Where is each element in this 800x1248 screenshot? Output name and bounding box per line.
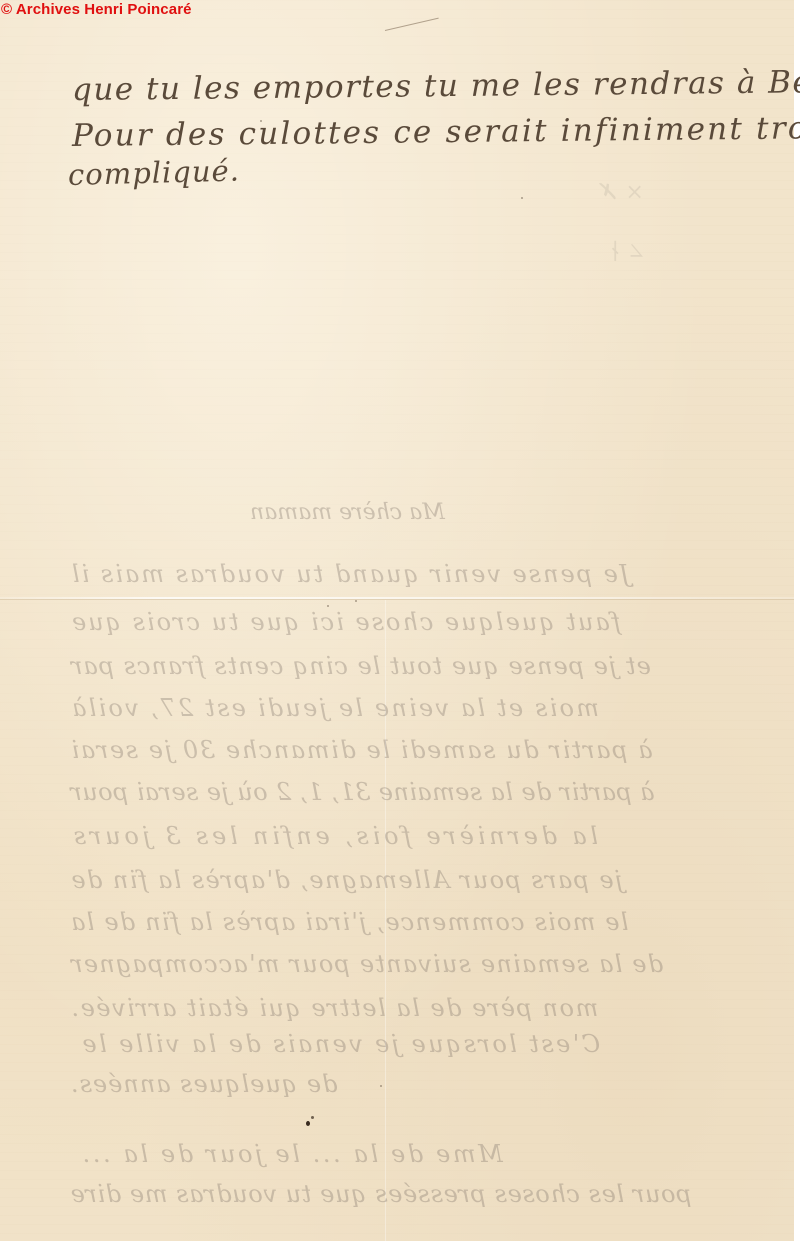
bleed-through-line: Mme de la ... le jour de la ... — [80, 1140, 503, 1168]
bleed-through-line: de quelques années. — [70, 1070, 337, 1098]
handwriting-line-2: Pour des culottes ce serait infiniment t… — [72, 110, 800, 154]
bleed-through-fragment: ∠ ∤ — [610, 240, 646, 265]
bleed-through-line: mois et la veine le jeudi est 27, voilà — [70, 694, 599, 722]
handwriting-line-1: que tu les emportes tu me les rendras à … — [72, 64, 800, 108]
bleed-through-line: et je pense que tout le cinq cents franc… — [70, 652, 651, 680]
stray-pen-stroke — [385, 18, 439, 31]
bleed-through-line: C'est lorsque je venais de la ville le — [80, 1030, 600, 1058]
paper-speck — [260, 120, 262, 122]
bleed-through-line: à partir de la semaine 31, 1, 2 où je se… — [70, 778, 654, 806]
handwriting-line-3: compliqué. — [68, 154, 241, 192]
bleed-through-line: Je pense venir quand tu voudras mais il — [70, 560, 630, 588]
bleed-through-line: pour les choses pressées que tu voudras … — [70, 1180, 691, 1208]
fold-shadow — [0, 599, 794, 600]
bleed-through-line: Ma chère maman — [250, 500, 445, 525]
bleed-through-line: je pars pour Allemagne, d'après la fin d… — [70, 866, 622, 894]
bleed-through-fragment: × ✗ — [600, 180, 644, 205]
paper-speck — [521, 197, 523, 199]
bleed-through-line: le mois commence, j'irai après la fin de… — [70, 908, 628, 936]
paper-speck — [327, 605, 329, 607]
paper-speck — [380, 1085, 382, 1087]
copyright-watermark: © Archives Henri Poincaré — [1, 1, 192, 18]
ink-spot — [311, 1116, 314, 1119]
bleed-through-line: mon père de la lettre qui était arrivée. — [70, 994, 598, 1022]
letter-page: que tu les emportes tu me les rendras à … — [0, 0, 794, 1241]
bleed-through-line: la dernière fois, enfin les 3 jours — [70, 822, 598, 850]
bleed-through-line: de la semaine suivante pour m'accompagne… — [70, 950, 663, 978]
ink-spot — [306, 1121, 310, 1126]
bleed-through-line: faut quelque chose ici que tu crois que — [70, 608, 621, 636]
paper-speck — [355, 600, 357, 602]
bleed-through-line: à partir du samedi le dimanche 30 je ser… — [70, 736, 653, 764]
